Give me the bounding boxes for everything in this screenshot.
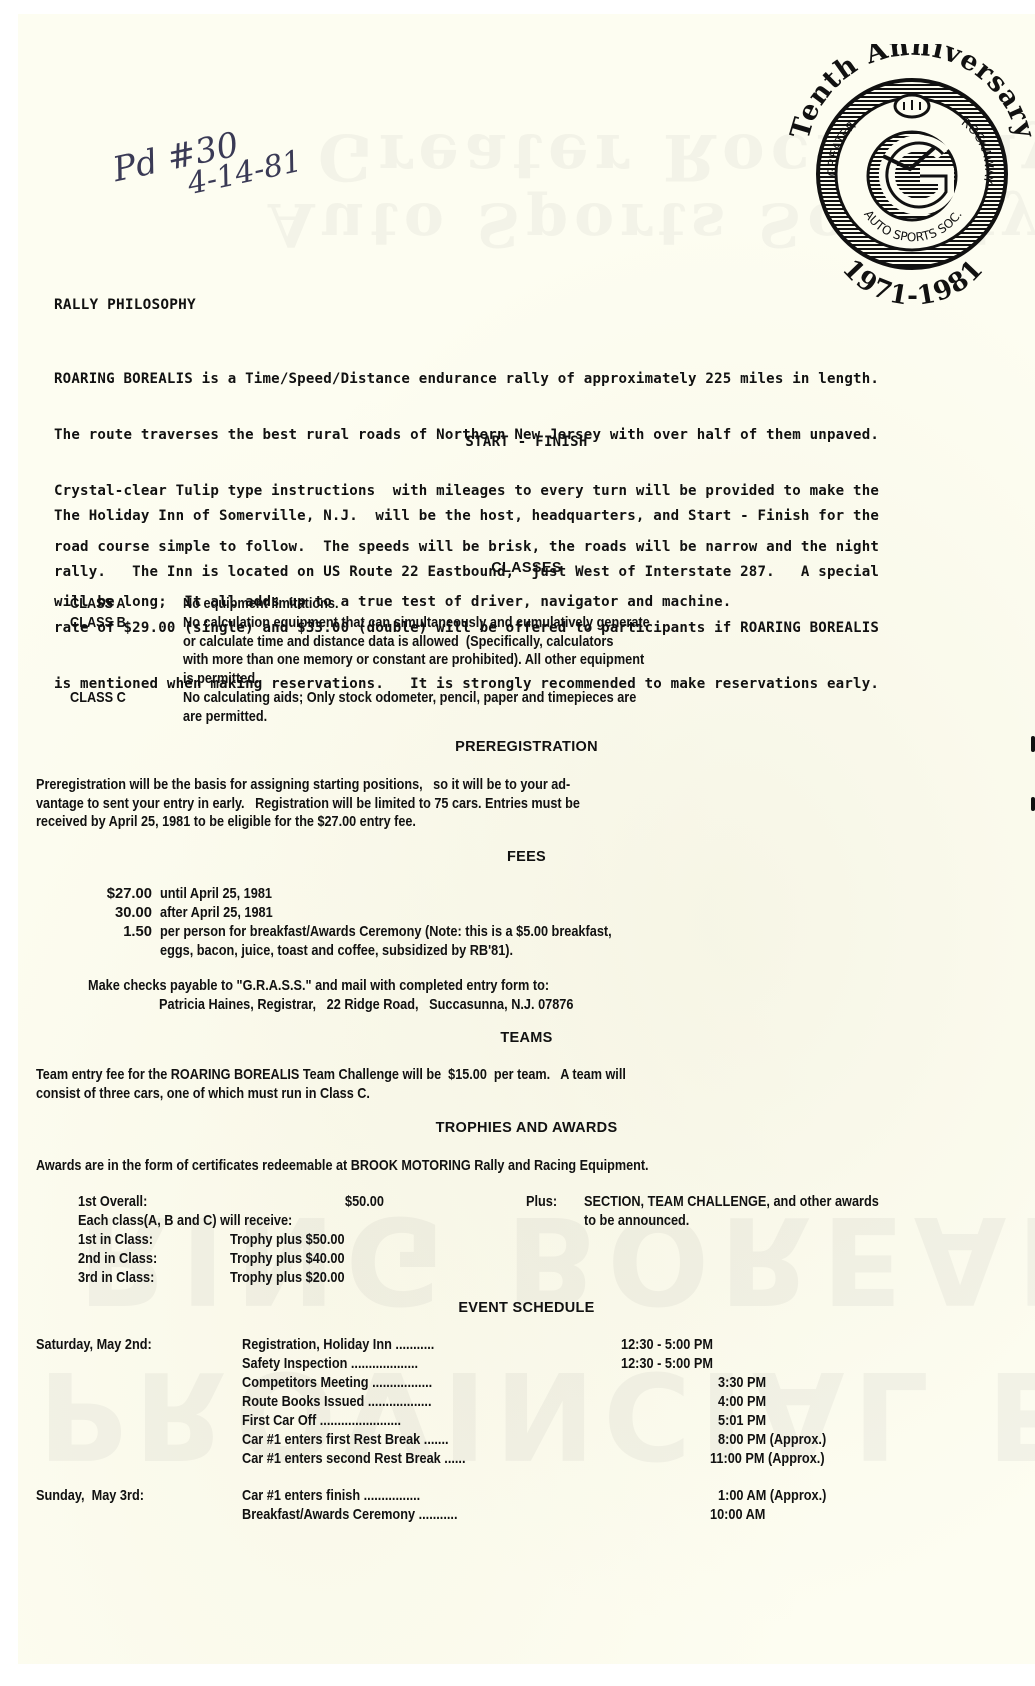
class-a-label: CLASS A [70,595,125,614]
schedule-time: 8:00 PM (Approx.) [718,1431,826,1450]
scan-edge-mark [1031,797,1035,811]
show-through-text-4: PROVINCIAL EVENT [38,1344,1035,1483]
each-class-line: Each class(A, B and C) will receive: [78,1212,292,1231]
fee-description: until April 25, 1981 [160,885,272,904]
event-schedule-heading: EVENT SCHEDULE [18,1300,1035,1316]
fee-description: after April 25, 1981 [160,904,273,923]
start-finish-heading: START - FINISH [18,434,1035,450]
preregistration-body: Preregistration will be the basis for as… [36,776,580,832]
schedule-time: 10:00 AM [710,1506,765,1525]
class-a-desc: No equipment limitations. [183,595,339,614]
trophies-intro: Awards are in the form of certificates r… [36,1157,649,1176]
schedule-day: Saturday, May 2nd: [36,1336,152,1355]
fee-amount: 30.00 [78,904,152,923]
paragraph-line: The Holiday Inn of Somerville, N.J. will… [54,507,1009,526]
overall-award-value: $50.00 [345,1193,384,1212]
schedule-event: Route Books Issued .................. [242,1393,432,1412]
anniversary-logo: Tenth Anniversary 1971-1981 GREATER ROCK… [788,44,1033,309]
schedule-time: 1:00 AM (Approx.) [718,1487,826,1506]
fee-amount: 1.50 [78,923,152,942]
plus-label: Plus: [526,1193,557,1212]
class-award-value: Trophy plus $50.00 [230,1231,345,1250]
schedule-time: 5:01 PM [718,1412,766,1431]
schedule-time: 12:30 - 5:00 PM [621,1336,713,1355]
schedule-event: Car #1 enters first Rest Break ....... [242,1431,449,1450]
trophies-heading: TROPHIES AND AWARDS [18,1120,1035,1136]
scan-edge-mark [1031,736,1035,752]
rally-philosophy-heading: RALLY PHILOSOPHY [54,297,196,313]
schedule-event: Breakfast/Awards Ceremony ........... [242,1506,457,1525]
class-b-label: CLASS B [70,614,126,633]
plus-awards: SECTION, TEAM CHALLENGE, and other award… [584,1193,879,1230]
fee-amount: $27.00 [78,885,152,904]
preregistration-heading: PREREGISTRATION [18,739,1035,755]
schedule-day: Sunday, May 3rd: [36,1487,144,1506]
class-c-label: CLASS C [70,689,126,708]
schedule-time: 11:00 PM (Approx.) [710,1450,825,1469]
schedule-event: Competitors Meeting ................. [242,1374,432,1393]
class-award-label: 1st in Class: [78,1231,153,1250]
class-c-desc: No calculating aids; Only stock odometer… [183,689,636,726]
overall-award-label: 1st Overall: [78,1193,147,1212]
class-award-value: Trophy plus $40.00 [230,1250,345,1269]
scanned-page: Greater Rockaway Auto Sports Society's R… [18,14,1035,1664]
fees-heading: FEES [18,849,1035,865]
registrar-address: Patricia Haines, Registrar, 22 Ridge Roa… [159,996,573,1015]
schedule-event: Car #1 enters finish ................ [242,1487,420,1506]
schedule-event: Registration, Holiday Inn ........... [242,1336,434,1355]
schedule-time: 12:30 - 5:00 PM [621,1355,713,1374]
schedule-time: 4:00 PM [718,1393,766,1412]
fee-description: per person for breakfast/Awards Ceremony… [160,923,612,960]
class-award-label: 2nd in Class: [78,1250,157,1269]
checks-payable-line: Make checks payable to "G.R.A.S.S." and … [88,977,549,996]
schedule-time: 3:30 PM [718,1374,766,1393]
schedule-event: Safety Inspection ................... [242,1355,418,1374]
teams-heading: TEAMS [18,1030,1035,1046]
class-award-value: Trophy plus $20.00 [230,1269,345,1288]
schedule-event: First Car Off ....................... [242,1412,401,1431]
handwritten-annotation: Pd #30 4-14-81 [110,115,305,214]
class-award-label: 3rd in Class: [78,1269,154,1288]
paragraph-line: ROARING BOREALIS is a Time/Speed/Distanc… [54,370,1009,389]
class-b-desc: No calculation equipment that can simult… [183,614,650,688]
schedule-event: Car #1 enters second Rest Break ...... [242,1450,466,1469]
classes-heading: CLASSES [18,560,1035,576]
teams-body: Team entry fee for the ROARING BOREALIS … [36,1066,626,1103]
